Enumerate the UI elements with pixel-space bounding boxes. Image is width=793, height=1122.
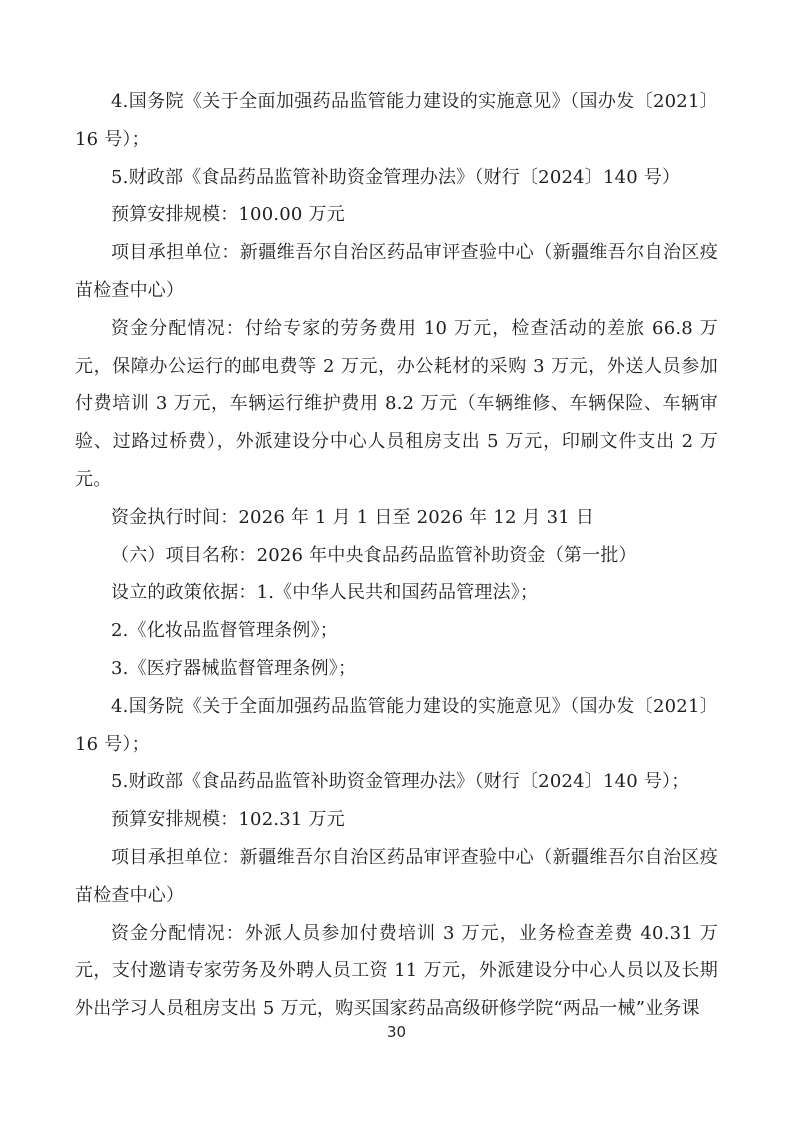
- paragraph-fund-allocation: 资金分配情况：付给专家的劳务费用 10 万元，检查活动的差旅 66.8 万元，保…: [75, 310, 718, 499]
- document-page: 4.国务院《关于全面加强药品监管能力建设的实施意见》（国办发〔2021〕16 号…: [0, 0, 793, 1122]
- paragraph-policy-basis-3: 3.《医疗器械监督管理条例》；: [75, 650, 718, 688]
- paragraph-policy-basis-4b: 4.国务院《关于全面加强药品监管能力建设的实施意见》（国办发〔2021〕16 号…: [75, 688, 718, 764]
- document-body: 4.国务院《关于全面加强药品监管能力建设的实施意见》（国办发〔2021〕16 号…: [75, 83, 718, 1028]
- paragraph-policy-basis-1: 设立的政策依据：1.《中华人民共和国药品管理法》；: [75, 574, 718, 612]
- paragraph-undertaking-unit: 项目承担单位：新疆维吾尔自治区药品审评查验中心（新疆维吾尔自治区疫苗检查中心）: [75, 234, 718, 310]
- paragraph-budget-scale: 预算安排规模：100.00 万元: [75, 196, 718, 234]
- paragraph-policy-basis-4: 4.国务院《关于全面加强药品监管能力建设的实施意见》（国办发〔2021〕16 号…: [75, 83, 718, 159]
- paragraph-policy-basis-5b: 5.财政部《食品药品监管补助资金管理办法》（财行〔2024〕140 号）；: [75, 763, 718, 801]
- page-number: 30: [0, 1022, 793, 1042]
- paragraph-project-name: （六）项目名称：2026 年中央食品药品监管补助资金（第一批）: [75, 537, 718, 575]
- paragraph-execution-period: 资金执行时间：2026 年 1 月 1 日至 2026 年 12 月 31 日: [75, 499, 718, 537]
- paragraph-fund-allocation-2: 资金分配情况：外派人员参加付费培训 3 万元，业务检查差费 40.31 万元，支…: [75, 915, 718, 1028]
- paragraph-policy-basis-5: 5.财政部《食品药品监管补助资金管理办法》（财行〔2024〕140 号）: [75, 159, 718, 197]
- paragraph-undertaking-unit-2: 项目承担单位：新疆维吾尔自治区药品审评查验中心（新疆维吾尔自治区疫苗检查中心）: [75, 839, 718, 915]
- paragraph-policy-basis-2: 2.《化妆品监督管理条例》；: [75, 612, 718, 650]
- paragraph-budget-scale-2: 预算安排规模：102.31 万元: [75, 801, 718, 839]
